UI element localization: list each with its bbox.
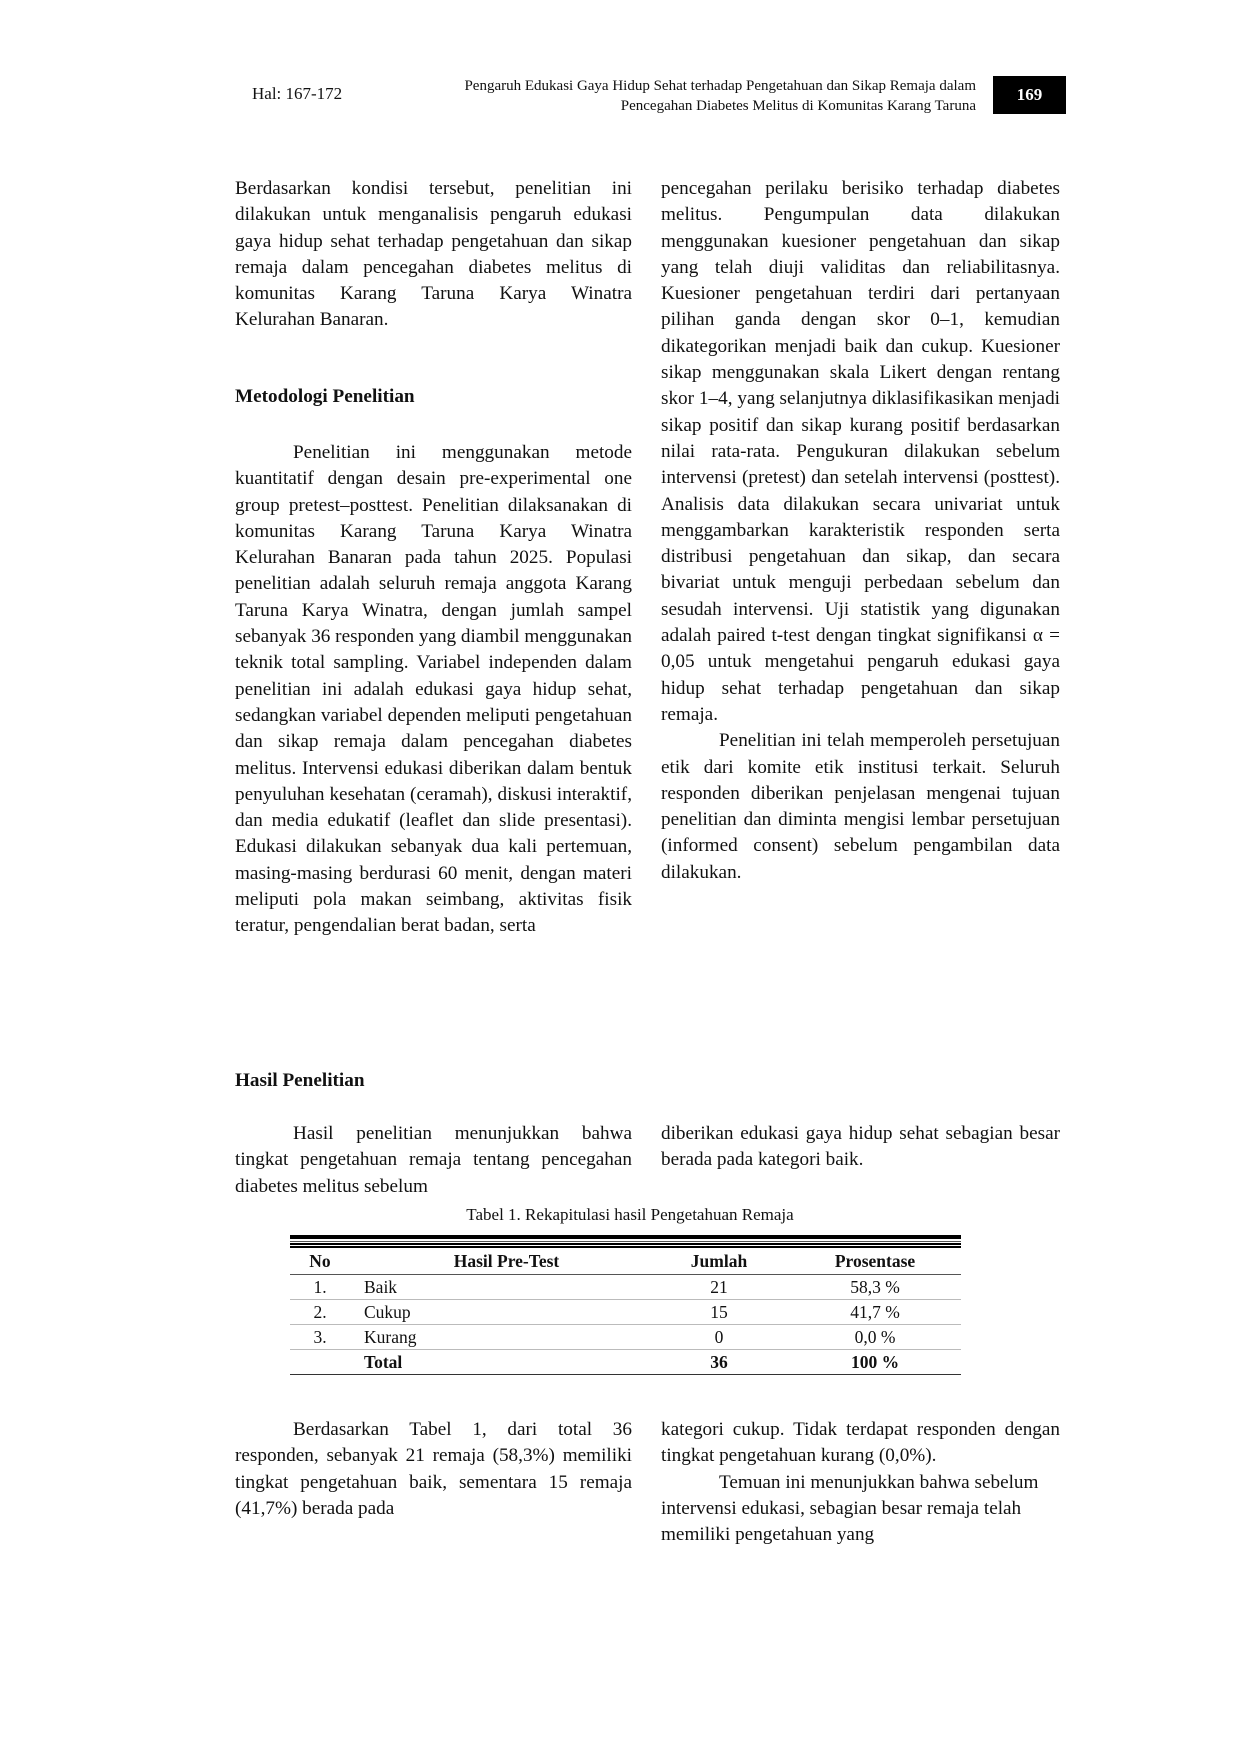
cell-prosentase: 58,3 % [789, 1275, 961, 1300]
cell-prosentase: 0,0 % [789, 1325, 961, 1350]
discussion-paragraph-1: Berdasarkan Tabel 1, dari total 36 respo… [235, 1417, 632, 1522]
methods-heading: Metodologi Penelitian [235, 386, 415, 408]
header-prosentase: Prosentase [789, 1246, 961, 1275]
cell-total-label: Total [350, 1350, 649, 1375]
intro-paragraph-block: Berdasarkan kondisi tersebut, penelitian… [235, 176, 632, 334]
results-paragraph-1-cont: diberikan edukasi gaya hidup sehat sebag… [661, 1121, 1060, 1174]
cell-hasil: Cukup [350, 1300, 649, 1325]
header-jumlah: Jumlah [649, 1246, 789, 1275]
cell-jumlah: 21 [649, 1275, 789, 1300]
methods-left-block: Penelitian ini menggunakan metode kuanti… [235, 440, 632, 940]
running-title: Pengaruh Edukasi Gaya Hidup Sehat terhad… [356, 76, 976, 116]
table-caption: Tabel 1. Rekapitulasi hasil Pengetahuan … [280, 1205, 980, 1225]
results-right-block: diberikan edukasi gaya hidup sehat sebag… [661, 1121, 1060, 1174]
discussion-paragraph-2: Temuan ini menunjukkan bahwa sebelum int… [661, 1470, 1060, 1549]
table-row: 3. Kurang 0 0,0 % [290, 1325, 961, 1350]
running-title-line-1: Pengaruh Edukasi Gaya Hidup Sehat terhad… [356, 76, 976, 96]
table-row: 2. Cukup 15 41,7 % [290, 1300, 961, 1325]
page-range: Hal: 167-172 [252, 84, 342, 104]
ethics-paragraph: Penelitian ini telah memperoleh persetuj… [661, 728, 1060, 886]
page-number-badge: 169 [993, 76, 1066, 114]
discussion-paragraph-1-cont: kategori cukup. Tidak terdapat responden… [661, 1417, 1060, 1470]
cell-jumlah: 0 [649, 1325, 789, 1350]
results-left-block: Hasil penelitian menunjukkan bahwa tingk… [235, 1121, 632, 1200]
methods-paragraph-1: Penelitian ini menggunakan metode kuanti… [235, 440, 632, 940]
cell-prosentase: 41,7 % [789, 1300, 961, 1325]
discussion-left-block: Berdasarkan Tabel 1, dari total 36 respo… [235, 1417, 632, 1522]
table-row: 1. Baik 21 58,3 % [290, 1275, 961, 1300]
cell-hasil: Kurang [350, 1325, 649, 1350]
results-heading: Hasil Penelitian [235, 1070, 365, 1092]
table-top-rule [290, 1235, 961, 1239]
cell-no [290, 1350, 350, 1375]
cell-no: 2. [290, 1300, 350, 1325]
cell-total-jumlah: 36 [649, 1350, 789, 1375]
methods-right-block: pencegahan perilaku berisiko terhadap di… [661, 176, 1060, 886]
running-title-line-2: Pencegahan Diabetes Melitus di Komunitas… [356, 96, 976, 116]
methods-paragraph-2: pencegahan perilaku berisiko terhadap di… [661, 176, 1060, 728]
header-hasil: Hasil Pre-Test [350, 1246, 649, 1275]
table-header-row: No Hasil Pre-Test Jumlah Prosentase [290, 1246, 961, 1275]
cell-total-prosentase: 100 % [789, 1350, 961, 1375]
table-top-rule-thin [290, 1241, 961, 1242]
intro-paragraph: Berdasarkan kondisi tersebut, penelitian… [235, 176, 632, 334]
results-table: No Hasil Pre-Test Jumlah Prosentase 1. B… [290, 1243, 961, 1375]
header-no: No [290, 1246, 350, 1275]
cell-jumlah: 15 [649, 1300, 789, 1325]
results-paragraph-1: Hasil penelitian menunjukkan bahwa tingk… [235, 1121, 632, 1200]
cell-no: 1. [290, 1275, 350, 1300]
discussion-right-block: kategori cukup. Tidak terdapat responden… [661, 1417, 1060, 1548]
cell-no: 3. [290, 1325, 350, 1350]
cell-hasil: Baik [350, 1275, 649, 1300]
table-total-row: Total 36 100 % [290, 1350, 961, 1375]
